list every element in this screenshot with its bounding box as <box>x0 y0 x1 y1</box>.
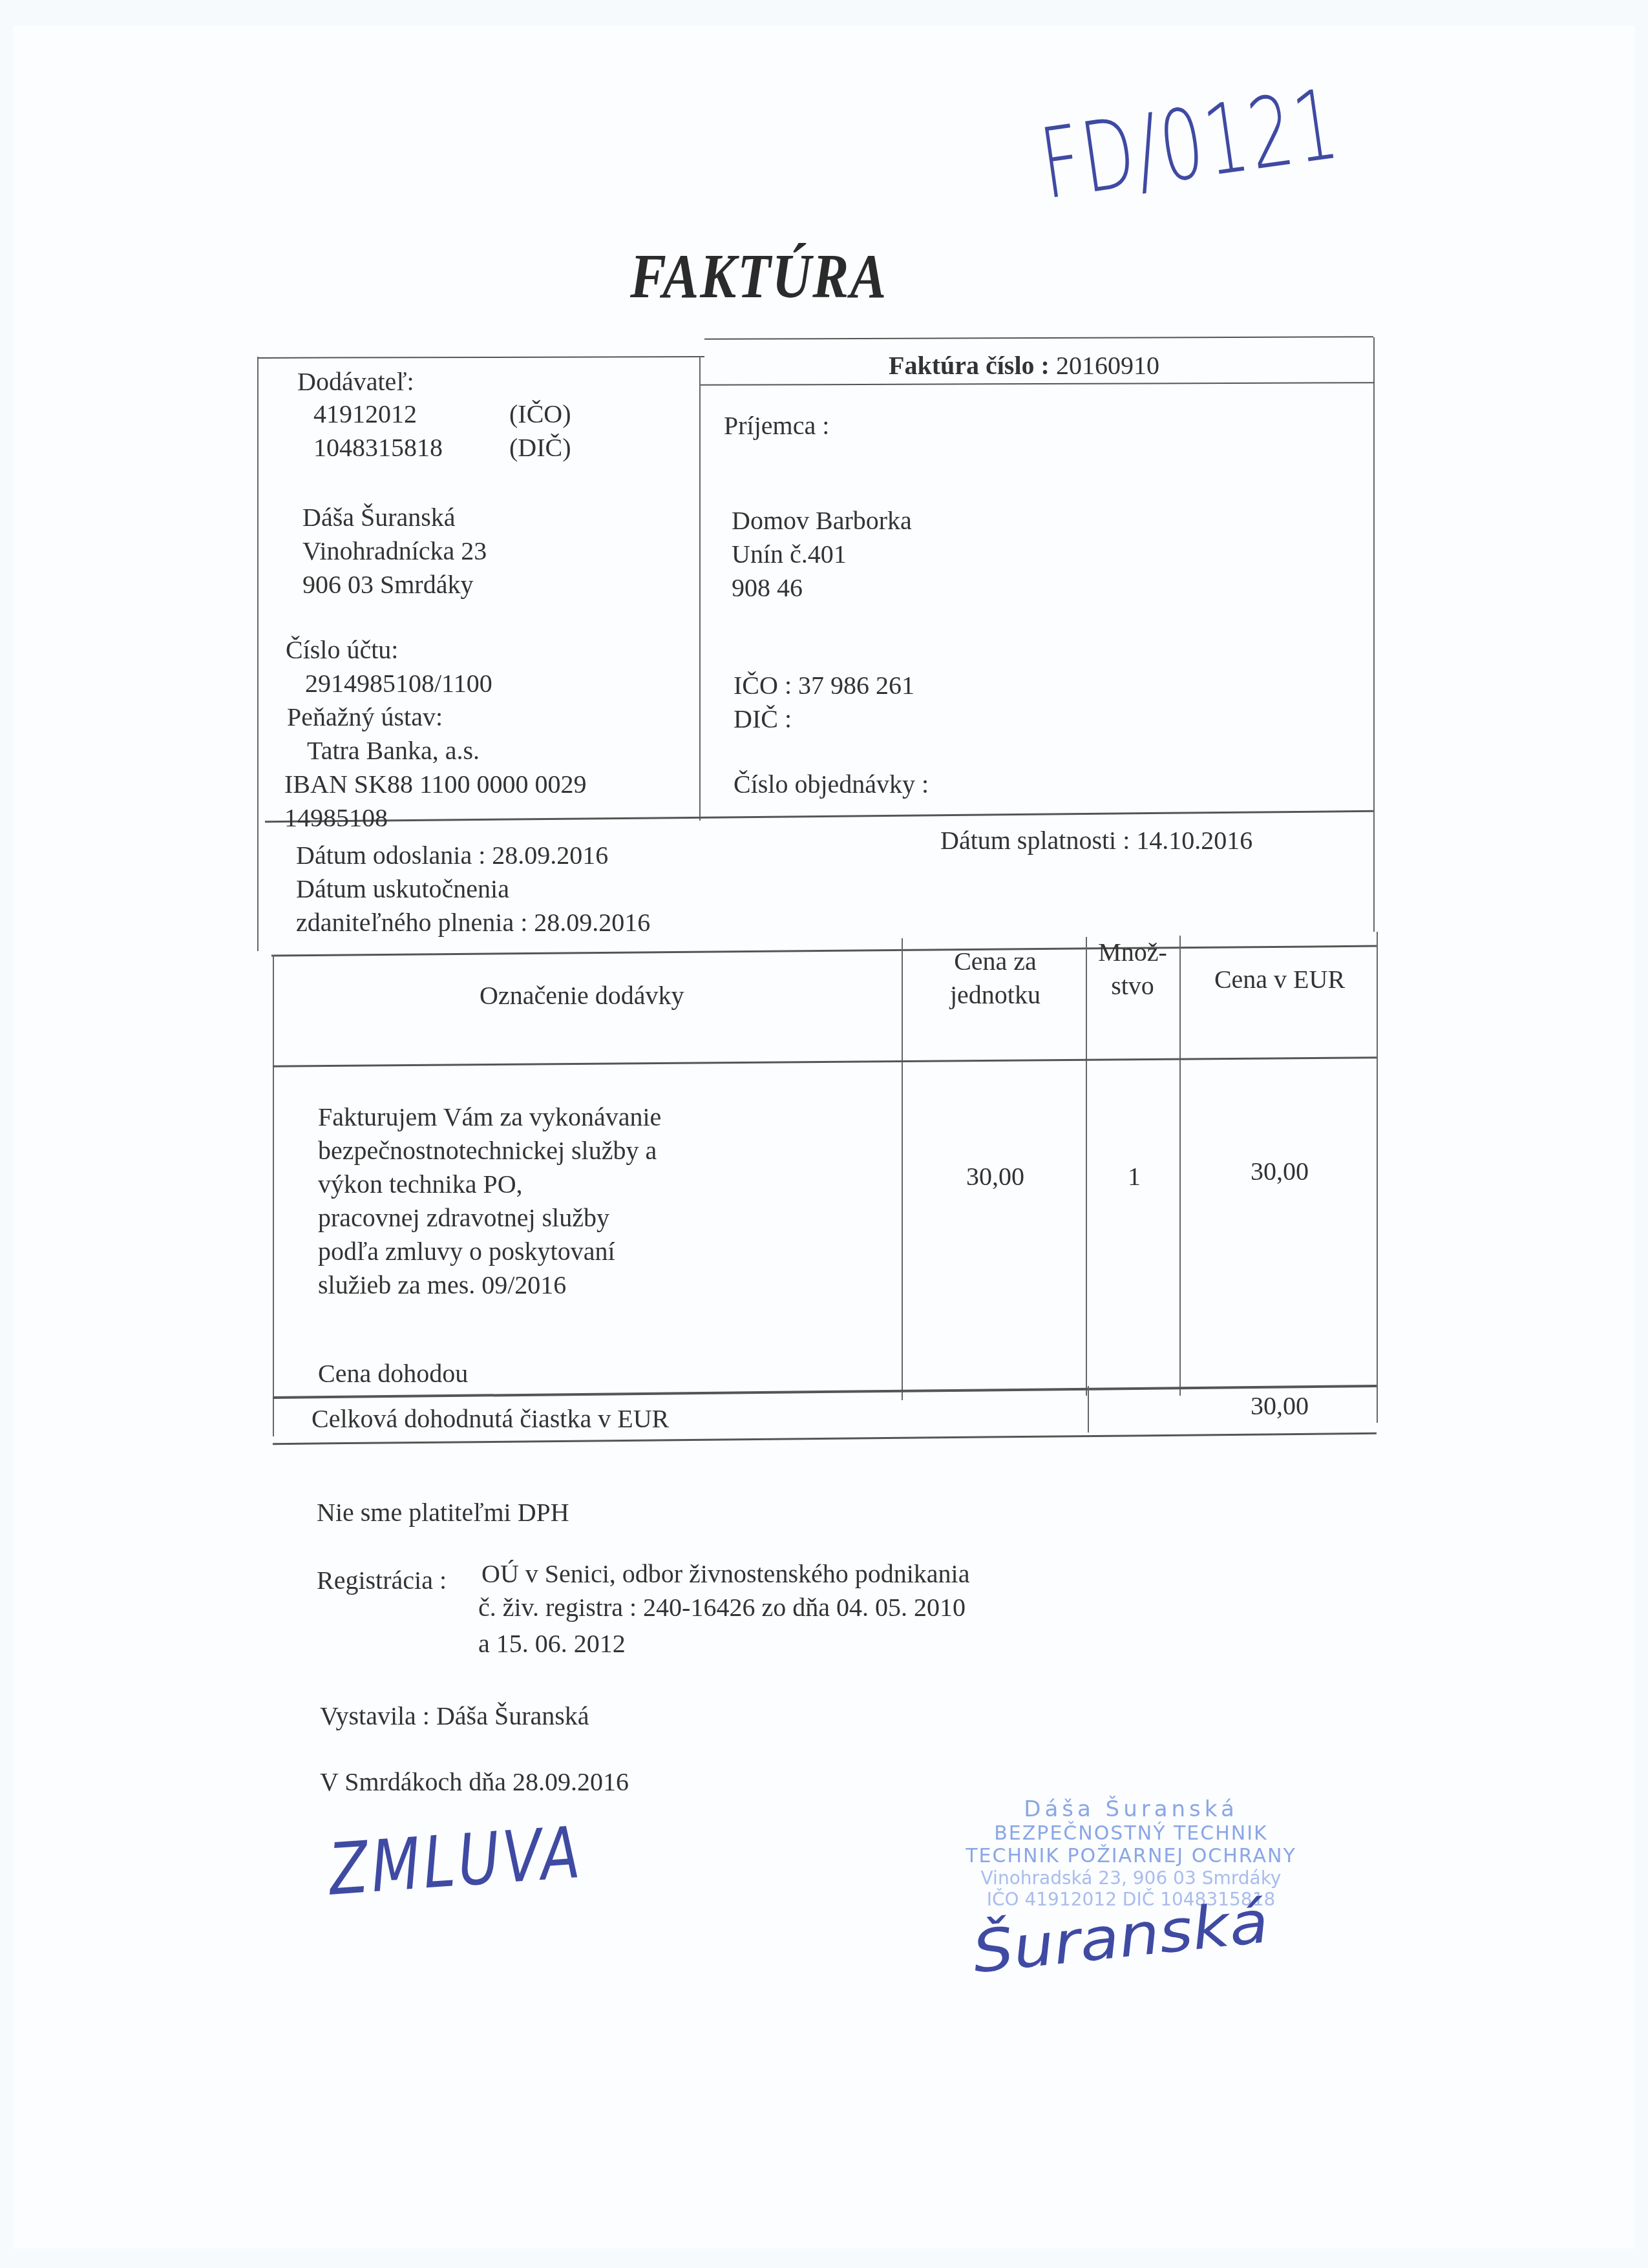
recipient-ico: IČO : 37 986 261 <box>734 669 914 702</box>
recipient-name: Domov Barborka <box>732 504 912 538</box>
invoice-number-label: Faktúra číslo : <box>889 351 1050 380</box>
recipient-dic: DIČ : <box>734 702 792 736</box>
box-top-right <box>704 336 1373 340</box>
stamp-line-address: Vinohradská 23, 906 03 Smrdáky <box>931 1867 1331 1889</box>
grand-total-label: Celková dohodnutá čiastka v EUR <box>312 1402 669 1436</box>
item-description-line: bezpečnostnotechnickej služby a <box>318 1134 661 1168</box>
item-description-line: pracovnej zdravotnej služby <box>318 1201 661 1235</box>
item-total: 30,00 <box>1183 1155 1377 1188</box>
invoice-number: Faktúra číslo : 20160910 <box>889 349 1159 383</box>
table-total-divider <box>1088 1386 1089 1433</box>
item-quantity: 1 <box>1089 1160 1179 1193</box>
recipient-street: Unín č.401 <box>732 538 847 571</box>
box-middle-divider <box>699 357 701 821</box>
header-quantity: Množ- stvo <box>1089 936 1176 1003</box>
recipient-label: Príjemca : <box>724 409 829 443</box>
box-right-border <box>1373 337 1375 932</box>
supplier-street: Vinohradnícka 23 <box>302 534 487 568</box>
table-col-qty-divider <box>1086 937 1087 1396</box>
supplier-bank-label: Peňažný ústav: <box>287 700 443 734</box>
item-description-line: podľa zmluvy o poskytovaní <box>318 1235 661 1268</box>
date-due: Dátum splatnosti : 14.10.2016 <box>940 824 1252 857</box>
supplier-bank: Tatra Banka, a.s. <box>307 734 480 768</box>
handwritten-note: ZMLUVA <box>326 1811 586 1911</box>
vat-note: Nie sme platiteľmi DPH <box>317 1496 569 1529</box>
grand-total-value: 30,00 <box>1183 1389 1377 1423</box>
item-description-line: služieb za mes. 09/2016 <box>318 1268 661 1302</box>
header-unit-price-line2: jednotku <box>911 978 1079 1012</box>
supplier-dic: 1048315818 <box>313 431 443 465</box>
table-row: Fakturujem Vám za vykonávanie bezpečnost… <box>318 1100 661 1302</box>
table-right-border <box>1377 932 1378 1423</box>
invoice-number-underline <box>701 382 1374 386</box>
dates-bottom-line <box>271 945 1377 957</box>
company-stamp: Dáša Šuranská BEZPEČNOSTNÝ TECHNIK TECHN… <box>931 1796 1331 1910</box>
header-quantity-line2: stvo <box>1089 969 1176 1003</box>
box-top-left <box>259 356 704 359</box>
registration-line2: č. živ. registra : 240-16426 zo dňa 04. … <box>478 1591 966 1624</box>
item-description-line: Fakturujem Vám za vykonávanie <box>318 1100 661 1134</box>
supplier-ico: 41912012 <box>313 397 417 431</box>
document-title: FAKTÚRA <box>630 241 887 313</box>
table-col-price-divider <box>902 938 903 1400</box>
header-total: Cena v EUR <box>1183 963 1377 996</box>
header-unit-price: Cena za jednotku <box>911 945 1079 1012</box>
invoice-number-value: 20160910 <box>1056 351 1159 380</box>
date-sent: Dátum odoslania : 28.09.2016 <box>296 839 608 872</box>
supplier-city: 906 03 Smrdáky <box>302 568 473 602</box>
registration-label: Registrácia : <box>317 1564 447 1597</box>
stamp-line-name: Dáša Šuranská <box>931 1796 1331 1822</box>
registration-line1: OÚ v Senici, odbor živnostenského podnik… <box>481 1557 969 1591</box>
item-description-line: výkon technika PO, <box>318 1168 661 1201</box>
dates-top-line <box>265 810 1373 823</box>
supplier-iban-line1: IBAN SK88 1100 0000 0029 <box>284 768 586 801</box>
handwritten-ref-number: FD/0121 <box>1034 68 1346 222</box>
supplier-ico-label: (IČO) <box>509 397 571 431</box>
supplier-account: 2914985108/1100 <box>305 667 492 700</box>
date-taxable-line2: zdaniteľného plnenia : 28.09.2016 <box>296 906 650 940</box>
invoice-page: FD/0121 FAKTÚRA Dodávateľ: 41912012 (IČO… <box>13 26 1635 2249</box>
supplier-dic-label: (DIČ) <box>509 431 571 465</box>
recipient-order-number: Číslo objednávky : <box>734 768 929 801</box>
date-taxable-line1: Dátum uskutočnenia <box>296 872 509 906</box>
table-col-total-divider <box>1179 936 1181 1396</box>
box-left-border <box>257 357 259 951</box>
header-description: Označenie dodávky <box>480 979 684 1013</box>
place-date: V Smrdákoch dňa 28.09.2016 <box>320 1765 629 1799</box>
supplier-label: Dodávateľ: <box>297 365 414 399</box>
price-note: Cena dohodou <box>318 1357 468 1391</box>
header-quantity-line1: Množ- <box>1089 936 1176 969</box>
supplier-account-label: Číslo účtu: <box>286 633 398 667</box>
header-unit-price-line1: Cena za <box>911 945 1079 978</box>
table-left-border <box>273 955 274 1436</box>
stamp-line-title: BEZPEČNOSTNÝ TECHNIK <box>931 1822 1331 1845</box>
stamp-line-subtitle: TECHNIK POŽIARNEJ OCHRANY <box>931 1845 1331 1867</box>
supplier-name: Dáša Šuranská <box>302 501 456 534</box>
table-header-bottom-line <box>273 1056 1377 1067</box>
supplier-iban-line2: 14985108 <box>284 801 388 835</box>
registration-line3: a 15. 06. 2012 <box>478 1627 626 1661</box>
issued-by: Vystavila : Dáša Šuranská <box>320 1699 589 1733</box>
item-unit-price: 30,00 <box>905 1160 1086 1193</box>
recipient-zip: 908 46 <box>732 571 803 605</box>
